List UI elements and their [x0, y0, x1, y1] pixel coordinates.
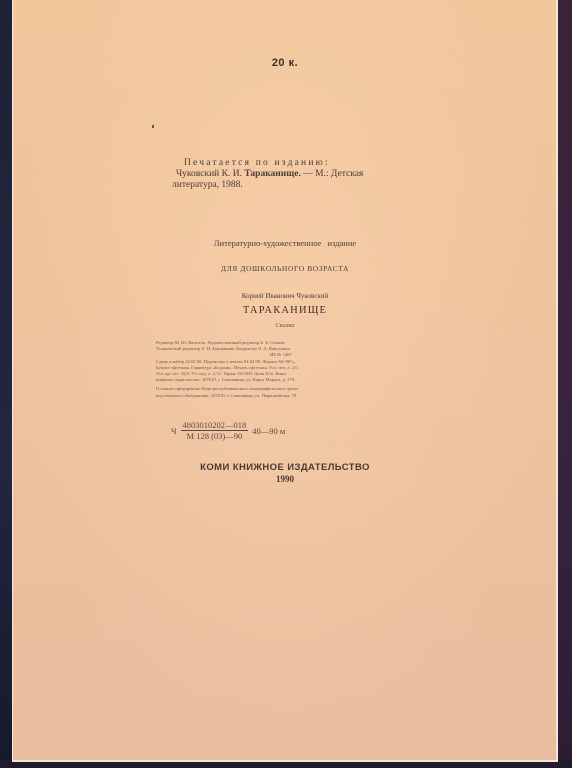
source-author: Чуковский К. И. — [176, 169, 242, 179]
ink-speck — [152, 125, 154, 128]
genre-label: Литературно-художественное издание — [12, 238, 558, 248]
catalog-suffix: 40—90 м — [252, 426, 285, 436]
source-title: Тараканище. — [244, 169, 301, 179]
book-title: ТАРАКАНИЩЕ — [12, 305, 558, 316]
credits-line: водственного объединения. 167610, г. Сык… — [156, 393, 406, 399]
publication-year: 1990 — [12, 474, 558, 484]
catalog-denominator: М 128 (03)—90 — [187, 431, 243, 442]
book-subtitle: Сказка — [12, 322, 558, 329]
catalog-prefix: Ч — [171, 426, 177, 436]
source-edition-note: Печатается по изданию: Чуковский К. И. Т… — [172, 158, 412, 191]
book-page: 20 к. Печатается по изданию: Чуковский К… — [12, 0, 558, 762]
catalog-fraction: 4803010202—018 М 128 (03)—90 — [181, 420, 249, 442]
source-line3: литература, 1988. — [172, 180, 412, 191]
source-citation: Чуковский К. И. Тараканище. — М.: Детска… — [172, 169, 412, 180]
catalog-code: Ч 4803010202—018 М 128 (03)—90 40—90 м — [171, 420, 285, 442]
audience-label: для дошкольного возраста — [12, 264, 558, 273]
publisher-name: КОМИ КНИЖНОЕ ИЗДАТЕЛЬСТВО — [12, 462, 558, 473]
imprint-credits: Редактор М. Ю. Васютов. Художественный р… — [156, 340, 406, 399]
author-name: Корней Иванович Чуковский — [12, 292, 558, 300]
price-label: 20 к. — [12, 57, 558, 69]
catalog-numerator: 4803010202—018 — [181, 420, 249, 431]
source-lead: Печатается по изданию: — [172, 158, 412, 169]
scan-background-right — [556, 0, 572, 768]
source-rest: — М.: Детская — [301, 169, 363, 179]
